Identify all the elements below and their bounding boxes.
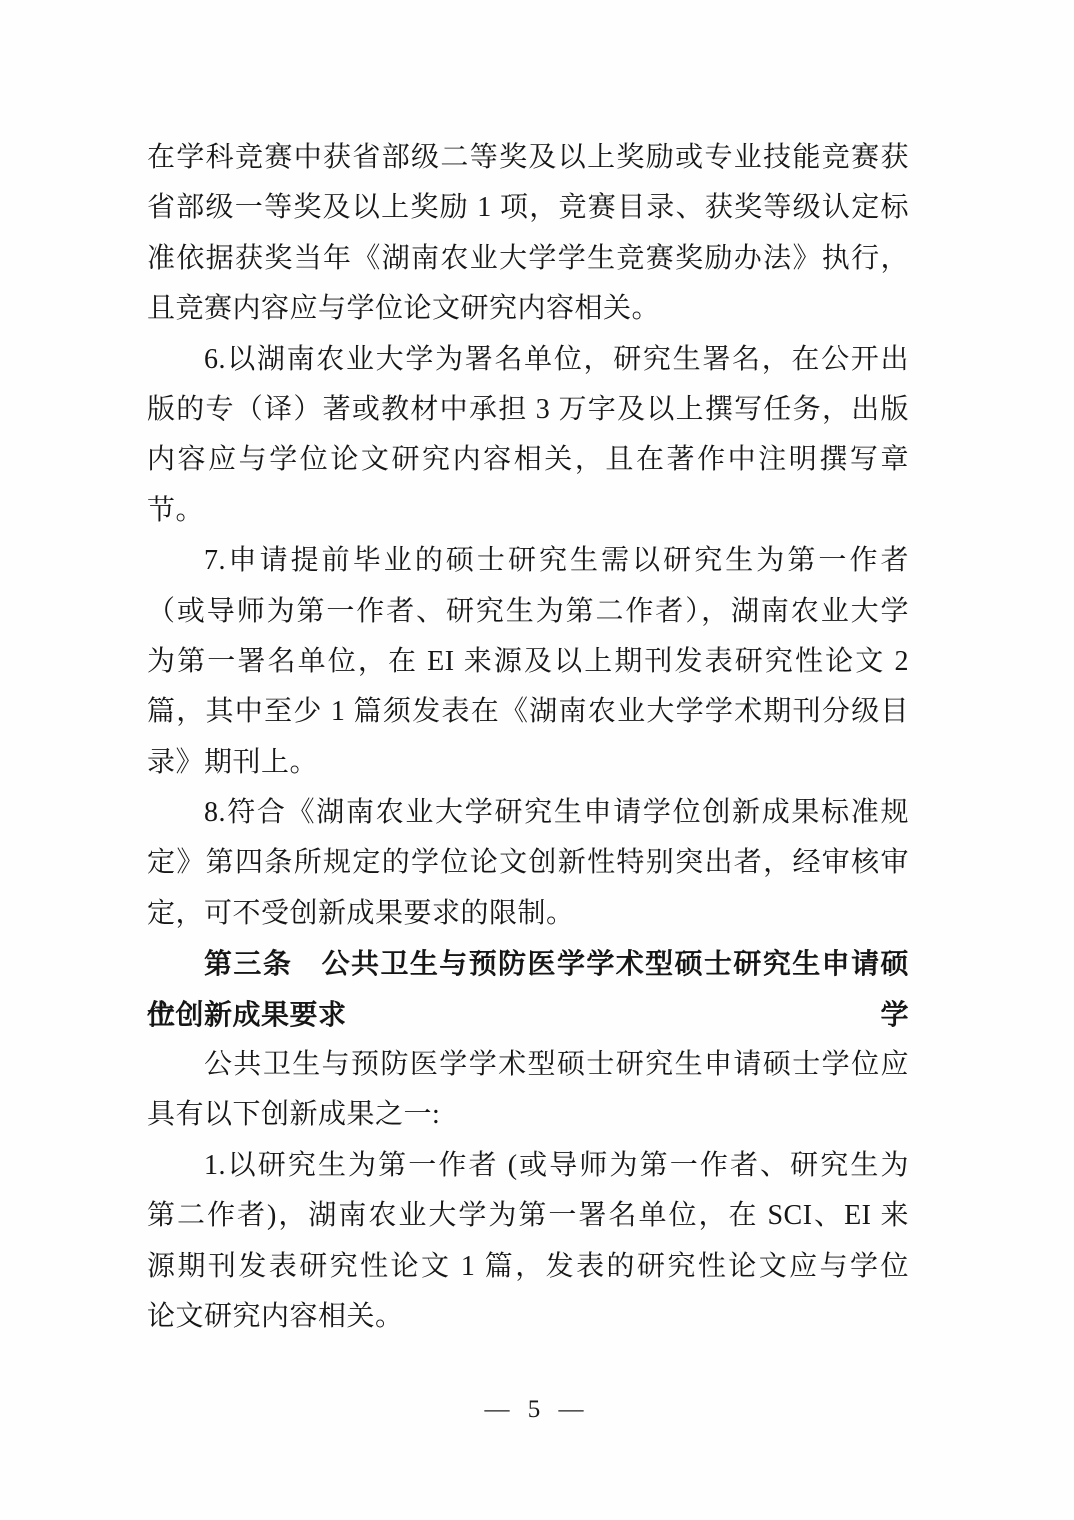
text-line: 篇，其中至少 1 篇须发表在《湖南农业大学学术期刊分级目 — [147, 687, 909, 737]
text-line: 论文研究内容相关。 — [147, 1292, 909, 1342]
article-3-intro: 公共卫生与预防医学学术型硕士研究生申请硕士学位应 具有以下创新成果之一: — [147, 1040, 909, 1141]
text-line: 定》第四条所规定的学位论文创新性特别突出者，经审核审 — [147, 838, 909, 888]
text-line: 准依据获奖当年《湖南农业大学学生竞赛奖励办法》执行， — [147, 234, 909, 284]
text-line: 8.符合《湖南农业大学研究生申请学位创新成果标准规 — [147, 788, 909, 838]
text-line: 公共卫生与预防医学学术型硕士研究生申请硕士学位应 — [147, 1040, 909, 1090]
paragraph-competition-award: 在学科竞赛中获省部级二等奖及以上奖励或专业技能竞赛获 省部级一等奖及以上奖励 1… — [147, 133, 909, 335]
text-line: 且竞赛内容应与学位论文研究内容相关。 — [147, 284, 909, 334]
text-line: 录》期刊上。 — [147, 738, 909, 788]
heading-line: 第三条 公共卫生与预防医学学术型硕士研究生申请硕士学 — [147, 939, 909, 989]
text-line: 定，可不受创新成果要求的限制。 — [147, 889, 909, 939]
text-line: 节。 — [147, 486, 909, 536]
article-3-heading: 第三条 公共卫生与预防医学学术型硕士研究生申请硕士学 位创新成果要求 — [147, 939, 909, 1040]
paragraph-item-8: 8.符合《湖南农业大学研究生申请学位创新成果标准规 定》第四条所规定的学位论文创… — [147, 788, 909, 939]
text-line: 版的专（译）著或教材中承担 3 万字及以上撰写任务，出版 — [147, 385, 909, 435]
text-line: 源期刊发表研究性论文 1 篇，发表的研究性论文应与学位 — [147, 1242, 909, 1292]
paragraph-item-1: 1.以研究生为第一作者 (或导师为第一作者、研究生为 第二作者)，湖南农业大学为… — [147, 1141, 909, 1343]
text-line: 在学科竞赛中获省部级二等奖及以上奖励或专业技能竞赛获 — [147, 133, 909, 183]
text-line: 7.申请提前毕业的硕士研究生需以研究生为第一作者 — [147, 536, 909, 586]
text-line: （或导师为第一作者、研究生为第二作者），湖南农业大学 — [147, 587, 909, 637]
text-line: 第二作者)，湖南农业大学为第一署名单位，在 SCI、EI 来 — [147, 1191, 909, 1241]
text-line: 6.以湖南农业大学为署名单位，研究生署名，在公开出 — [147, 335, 909, 385]
document-body: 在学科竞赛中获省部级二等奖及以上奖励或专业技能竞赛获 省部级一等奖及以上奖励 1… — [147, 133, 909, 1342]
text-line: 省部级一等奖及以上奖励 1 项，竞赛目录、获奖等级认定标 — [147, 183, 909, 233]
paragraph-item-7: 7.申请提前毕业的硕士研究生需以研究生为第一作者 （或导师为第一作者、研究生为第… — [147, 536, 909, 788]
text-line: 为第一署名单位，在 EI 来源及以上期刊发表研究性论文 2 — [147, 637, 909, 687]
paragraph-item-6: 6.以湖南农业大学为署名单位，研究生署名，在公开出 版的专（译）著或教材中承担 … — [147, 335, 909, 537]
page-number: — 5 — — [0, 1396, 1074, 1424]
text-line: 具有以下创新成果之一: — [147, 1090, 909, 1140]
text-line: 1.以研究生为第一作者 (或导师为第一作者、研究生为 — [147, 1141, 909, 1191]
text-line: 内容应与学位论文研究内容相关，且在著作中注明撰写章 — [147, 435, 909, 485]
document-page: 在学科竞赛中获省部级二等奖及以上奖励或专业技能竞赛获 省部级一等奖及以上奖励 1… — [0, 0, 1074, 1520]
